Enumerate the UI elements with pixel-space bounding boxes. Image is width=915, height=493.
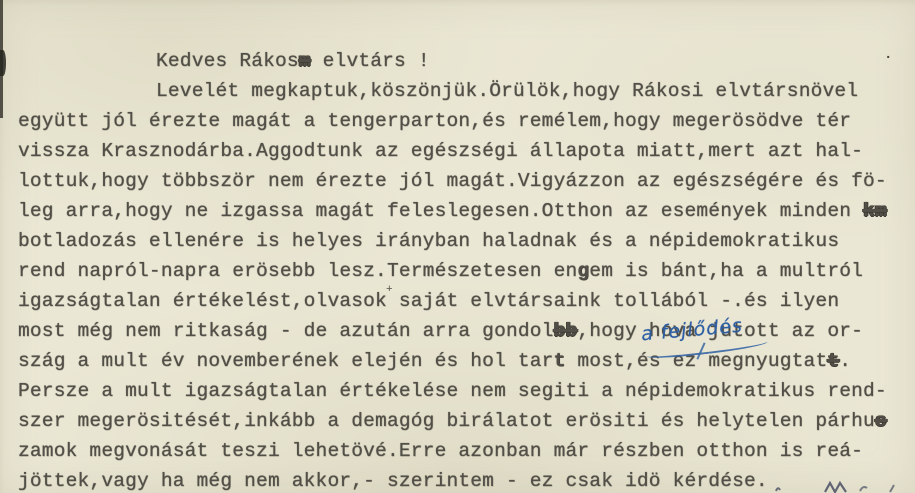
letter-line: szer megerösitését,inkább a demagóg birá… [18, 406, 915, 436]
struck-overtyped-text: s [875, 410, 887, 432]
typewritten-text: együtt jól érezte magát a tengerparton,é… [18, 110, 851, 132]
typewritten-text: rend napról-napra erösebb lesz.Természet… [18, 260, 577, 282]
typewritten-text: zamok megvonását teszi lehetövé.Erre azo… [18, 440, 863, 462]
typewritten-text: igazságtalan értékelést,olvasok saját el… [18, 290, 839, 312]
letter-line: zamok megvonását teszi lehetövé.Erre azo… [18, 436, 915, 466]
struck-overtyped-text: t [827, 350, 839, 372]
letter-line: Persze a mult igazságtalan értékelése ne… [18, 376, 915, 406]
typewritten-text: szer megerösitését,inkább a demagóg birá… [18, 410, 875, 432]
typewritten-text: em is bánt,ha a multról [589, 260, 863, 282]
letter-line: Levelét megkaptuk,köszönjük.Örülök,hogy … [18, 76, 915, 106]
typewritten-text: g [577, 260, 589, 282]
typewritten-text: jöttek,vagy ha még nem akkor,- szerintem… [18, 470, 768, 492]
letter-line: Kedves Rákosm elvtárs ! [18, 46, 915, 76]
typewritten-text: elvtárs ! [311, 50, 430, 72]
cutoff-handwriting-strokes [770, 478, 910, 493]
letter-line: most még nem ritkaság - de azután arra g… [18, 316, 915, 346]
document-page: Kedves Rákosm elvtárs !Levelét megkaptuk… [0, 0, 915, 493]
letter-line: leg arra,hogy ne izgassa magát feleslege… [18, 196, 915, 226]
typewritten-text: . [839, 350, 851, 372]
letter-line: vissza Krasznodárba.Aggodtunk az egészsé… [18, 136, 915, 166]
typewritten-text: vissza Krasznodárba.Aggodtunk az egészsé… [18, 140, 863, 162]
letter-line: együtt jól érezte magát a tengerparton,é… [18, 106, 915, 136]
typewritten-text: most még nem ritkaság - de azután arra g… [18, 320, 554, 342]
typewritten-text: t [554, 350, 566, 372]
letter-line: botladozás ellenére is helyes irányban h… [18, 226, 915, 256]
typewritten-text: megnyugtat [708, 350, 827, 372]
plus-annotation-mark: + [386, 284, 393, 296]
typewritten-text: Kedves Rákos [156, 50, 299, 72]
typewritten-text: szág a mult év novemberének elején és ho… [18, 350, 554, 372]
typewritten-text: lottuk,hogy többször nem érezte jól magá… [18, 170, 887, 192]
letter-line: rend napról-napra erösebb lesz.Természet… [18, 256, 915, 286]
typewritten-text: Persze a mult igazságtalan értékelése ne… [18, 380, 887, 402]
scan-edge-smudge [0, 50, 6, 76]
letter-line: lottuk,hogy többször nem érezte jól magá… [18, 166, 915, 196]
typewritten-text: botladozás ellenére is helyes irányban h… [18, 230, 839, 252]
letter-line: igazságtalan értékelést,olvasok saját el… [18, 286, 915, 316]
ink-speck: · [884, 50, 892, 66]
struck-overtyped-text: bb [554, 320, 578, 342]
typewritten-text: Levelét megkaptuk,köszönjük.Örülök,hogy … [156, 80, 858, 102]
typewritten-text: leg arra,hogy ne izgassa magát feleslege… [18, 200, 863, 222]
letter-body: Kedves Rákosm elvtárs !Levelét megkaptuk… [18, 0, 915, 493]
letter-line: szág a mult év novemberének elején és ho… [18, 346, 915, 376]
struck-overtyped-text: km [863, 200, 887, 222]
struck-overtyped-text: m [299, 50, 311, 72]
